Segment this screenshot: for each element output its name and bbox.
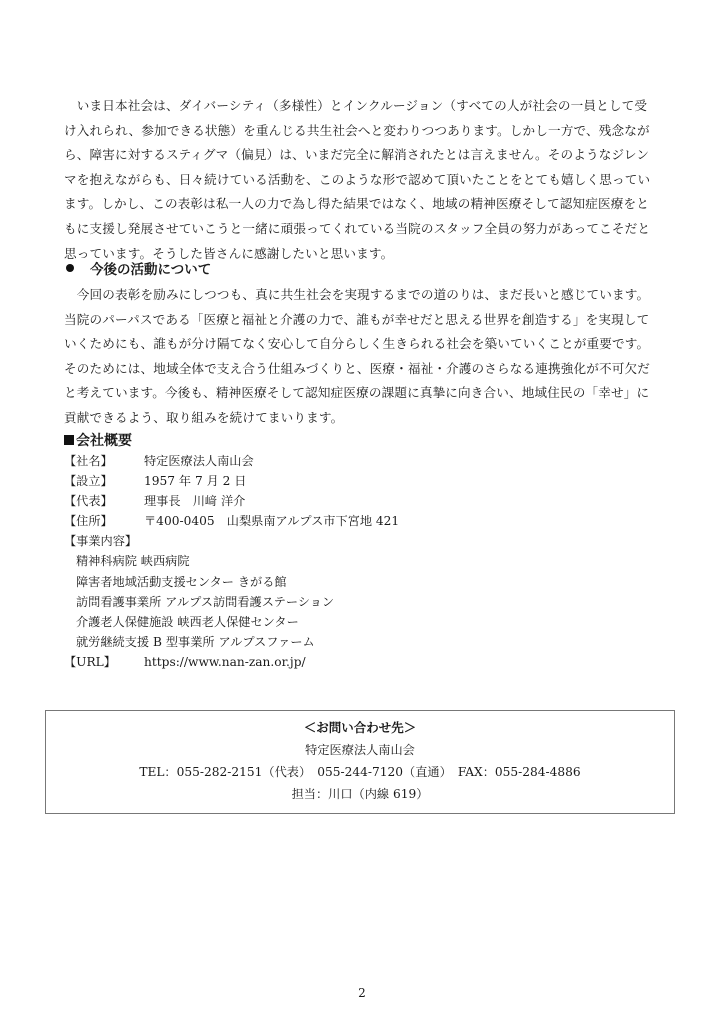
text-line: そのためには、地域全体で支え合う仕組みづくりと、医療・福祉・介護のさらなる連携強…	[64, 357, 664, 382]
info-value: 理事長 川﨑 洋介	[144, 491, 245, 511]
business-item: 障害者地域活動支援センター きがる館	[64, 572, 399, 592]
text-line: 貢献できるよう、取り組みを続けてまいります。	[64, 406, 664, 431]
text-line: もに支援し発展させていこうと一緒に頑張ってくれている当院のスタッフ全員の努力があ…	[64, 217, 664, 242]
info-row-business: 【事業内容】	[64, 531, 399, 551]
intro-paragraph: いま日本社会は、ダイバーシティ（多様性）とインクルージョン（すべての人が社会の一…	[64, 94, 664, 266]
heading-text: 会社概要	[76, 433, 132, 449]
info-row-name: 【社名】 特定医療法人南山会	[64, 451, 399, 471]
info-label: 【事業内容】	[64, 531, 137, 551]
text-line: いま日本社会は、ダイバーシティ（多様性）とインクルージョン（すべての人が社会の一…	[64, 94, 664, 119]
company-overview-heading: 会社概要	[64, 431, 132, 451]
info-value: 1957 年 7 月 2 日	[144, 471, 246, 491]
document-page: いま日本社会は、ダイバーシティ（多様性）とインクルージョン（すべての人が社会の一…	[0, 0, 724, 1024]
info-label: 【設立】	[64, 471, 144, 491]
company-info: 【社名】 特定医療法人南山会 【設立】 1957 年 7 月 2 日 【代表】 …	[64, 451, 399, 672]
heading-text: 今後の活動について	[90, 262, 211, 278]
future-section-heading: 今後の活動について	[66, 260, 211, 280]
bullet-icon	[66, 264, 74, 272]
text-line: け入れられ、参加できる状態）を重んじる共生社会へと変わりつつあります。しかし一方…	[64, 119, 664, 144]
info-row-address: 【住所】 〒400-0405 山梨県南アルプス市下宮地 421	[64, 511, 399, 531]
info-row-representative: 【代表】 理事長 川﨑 洋介	[64, 491, 399, 511]
contact-phones: TEL：055-282-2151（代表） 055-244-7120（直通） FA…	[46, 761, 674, 783]
square-bullet-icon	[64, 435, 74, 445]
contact-box: ＜お問い合わせ先＞ 特定医療法人南山会 TEL：055-282-2151（代表）…	[45, 710, 675, 814]
page-number: 2	[0, 986, 724, 1000]
business-item: 介護老人保健施設 峡西老人保健センター	[64, 612, 399, 632]
business-item: 訪問看護事業所 アルプス訪問看護ステーション	[64, 592, 399, 612]
info-label: 【URL】	[64, 652, 144, 672]
future-paragraph: 今回の表彰を励みにしつつも、真に共生社会を実現するまでの道のりは、まだ長いと感じ…	[64, 283, 664, 431]
info-row-url: 【URL】 https://www.nan-zan.or.jp/	[64, 652, 399, 672]
contact-title: ＜お問い合わせ先＞	[46, 717, 674, 739]
info-label: 【代表】	[64, 491, 144, 511]
info-value: 特定医療法人南山会	[144, 451, 254, 471]
business-item: 就労継続支援 B 型事業所 アルプスファーム	[64, 632, 399, 652]
contact-org: 特定医療法人南山会	[46, 739, 674, 761]
text-line: と考えています。今後も、精神医療そして認知症医療の課題に真摯に向き合い、地域住民…	[64, 381, 664, 406]
info-label: 【社名】	[64, 451, 144, 471]
text-line: 当院のパーパスである「医療と福祉と介護の力で、誰もが幸せだと思える世界を創造する…	[64, 308, 664, 333]
website-link[interactable]: https://www.nan-zan.or.jp/	[144, 652, 306, 672]
contact-person: 担当：川口（内線 619）	[46, 783, 674, 805]
info-value: 〒400-0405 山梨県南アルプス市下宮地 421	[144, 511, 399, 531]
info-row-founded: 【設立】 1957 年 7 月 2 日	[64, 471, 399, 491]
text-line: ら、障害に対するスティグマ（偏見）は、いまだ完全に解消されたとは言えません。その…	[64, 143, 664, 168]
text-line: いくためにも、誰もが分け隔てなく安心して自分らしく生きられる社会を築いていくこと…	[64, 332, 664, 357]
text-line: 今回の表彰を励みにしつつも、真に共生社会を実現するまでの道のりは、まだ長いと感じ…	[64, 283, 664, 308]
business-item: 精神科病院 峡西病院	[64, 551, 399, 571]
text-line: ます。しかし、この表彰は私一人の力で為し得た結果ではなく、地域の精神医療そして認…	[64, 192, 664, 217]
text-line: マを抱えながらも、日々続けている活動を、このような形で認めて頂いたことをとても嬉…	[64, 168, 664, 193]
info-label: 【住所】	[64, 511, 144, 531]
